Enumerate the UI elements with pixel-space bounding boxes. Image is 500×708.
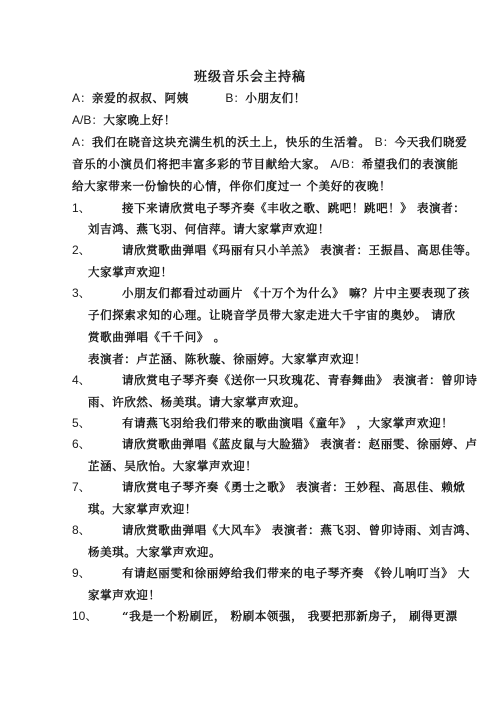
opening-text: 音乐的小演员们将把丰富多彩的节目献给大家。 <box>72 157 326 171</box>
item-number: 9、 <box>72 566 91 580</box>
item-line: 琪。大家掌声欢迎！ <box>88 502 197 516</box>
item-line: 有请赵丽雯和徐丽婷给我们带来的电子琴齐奏 《铃儿响叮当》 大 <box>122 566 470 580</box>
opening-line-2: A/B：大家晚上好！ <box>72 113 176 127</box>
item-number: 7、 <box>72 480 91 494</box>
speaker-ab-label: A/B： <box>72 113 103 127</box>
item-line: 芷涵、吴欣怡。大家掌声欢迎！ <box>88 459 257 473</box>
opening-text: 希望我们的表演能 <box>362 157 459 171</box>
item-line: 子们探索求知的心理。让晓音学员带大家走进大千宇宙的奥妙。 请欣 <box>88 308 456 322</box>
item-line: 小朋友们都看过动画片 《十万个为什么》 嘛？片中主要表现了孩 <box>122 286 470 300</box>
opening-line-1: A：亲爱的叔叔、阿姨 B：小朋友们！ <box>72 91 306 105</box>
item-line: 雨、许欣然、杨美琪。请大家掌声欢迎。 <box>88 395 306 409</box>
opening-text: 我们在晓音这块充满生机的沃土上，快乐的生活着。 <box>92 135 370 149</box>
speaker-b-label: B： <box>375 135 395 149</box>
speaker-a-label: A： <box>72 135 92 149</box>
item-line: “我是一个粉刷匠， 粉刷本领强， 我要把那新房子， 刷得更漂 <box>122 609 458 623</box>
item-line: 请欣赏电子琴齐奏《勇士之歌》 表演者：王妙程、高思佳、赖焮 <box>122 480 465 494</box>
item-line: 请欣赏歌曲弹唱《玛丽有只小羊羔》 表演者：王振昌、高思佳等。 <box>122 243 478 257</box>
item-number: 10、 <box>72 609 97 623</box>
item-line: 请欣赏电子琴齐奏《送你一只玫瑰花、青春舞曲》 表演者：曾卯诗 <box>122 373 478 387</box>
speaker-b-label: B： <box>225 91 245 105</box>
speaker-a-label: A： <box>72 91 92 105</box>
document-page: 班级音乐会主持稿 A：亲爱的叔叔、阿姨 B：小朋友们！ A/B：大家晚上好！ A… <box>0 0 500 708</box>
opening-para-line-1: A：我们在晓音这块充满生机的沃土上，快乐的生活着。 B：今天我们晓爱 <box>72 135 467 149</box>
speaker-ab-label: A/B： <box>330 157 361 171</box>
item-number: 1、 <box>72 201 91 215</box>
item-number: 3、 <box>72 286 91 300</box>
opening-text: 亲爱的叔叔、阿姨 <box>92 91 189 105</box>
item-line: 杨美琪。大家掌声欢迎。 <box>88 545 221 559</box>
item-number: 4、 <box>72 373 91 387</box>
opening-para-line-3: 给大家带来一份愉快的心情，伴你们度过一 个美好的夜晚！ <box>72 179 391 193</box>
item-number: 6、 <box>72 437 91 451</box>
item-line: 刘吉鸿、燕飞羽、何信萍。请大家掌声欢迎！ <box>88 222 330 236</box>
opening-text: 今天我们晓爱 <box>395 135 468 149</box>
item-number: 5、 <box>72 416 91 430</box>
opening-text: 大家晚上好！ <box>103 113 176 127</box>
item-line: 家掌声欢迎！ <box>88 588 161 602</box>
item-number: 2、 <box>72 243 91 257</box>
item-line: 大家掌声欢迎！ <box>88 265 173 279</box>
item-line: 赏歌曲弹唱《千千问》 。 <box>88 330 226 344</box>
item-line: 表演者：卢芷涵、陈秋璇、徐丽婷。大家掌声欢迎！ <box>88 352 366 366</box>
opening-para-line-2: 音乐的小演员们将把丰富多彩的节目献给大家。 A/B：希望我们的表演能 <box>72 157 459 171</box>
item-line: 请欣赏歌曲弹唱《大风车》 表演者：燕飞羽、曾卯诗雨、刘吉鸿、 <box>122 523 478 537</box>
item-line: 接下来请欣赏电子琴齐奏《丰收之歌、跳吧！跳吧！》 表演者： <box>122 201 465 215</box>
document-title: 班级音乐会主持稿 <box>0 66 500 85</box>
item-line: 有请燕飞羽给我们带来的歌曲演唱《童年》 ，大家掌声欢迎！ <box>122 416 453 430</box>
item-line: 请欣赏歌曲弹唱《蓝皮鼠与大脸猫》 表演者：赵丽雯、徐丽婷、卢 <box>122 437 478 451</box>
item-number: 8、 <box>72 523 91 537</box>
opening-text: 小朋友们！ <box>245 91 306 105</box>
